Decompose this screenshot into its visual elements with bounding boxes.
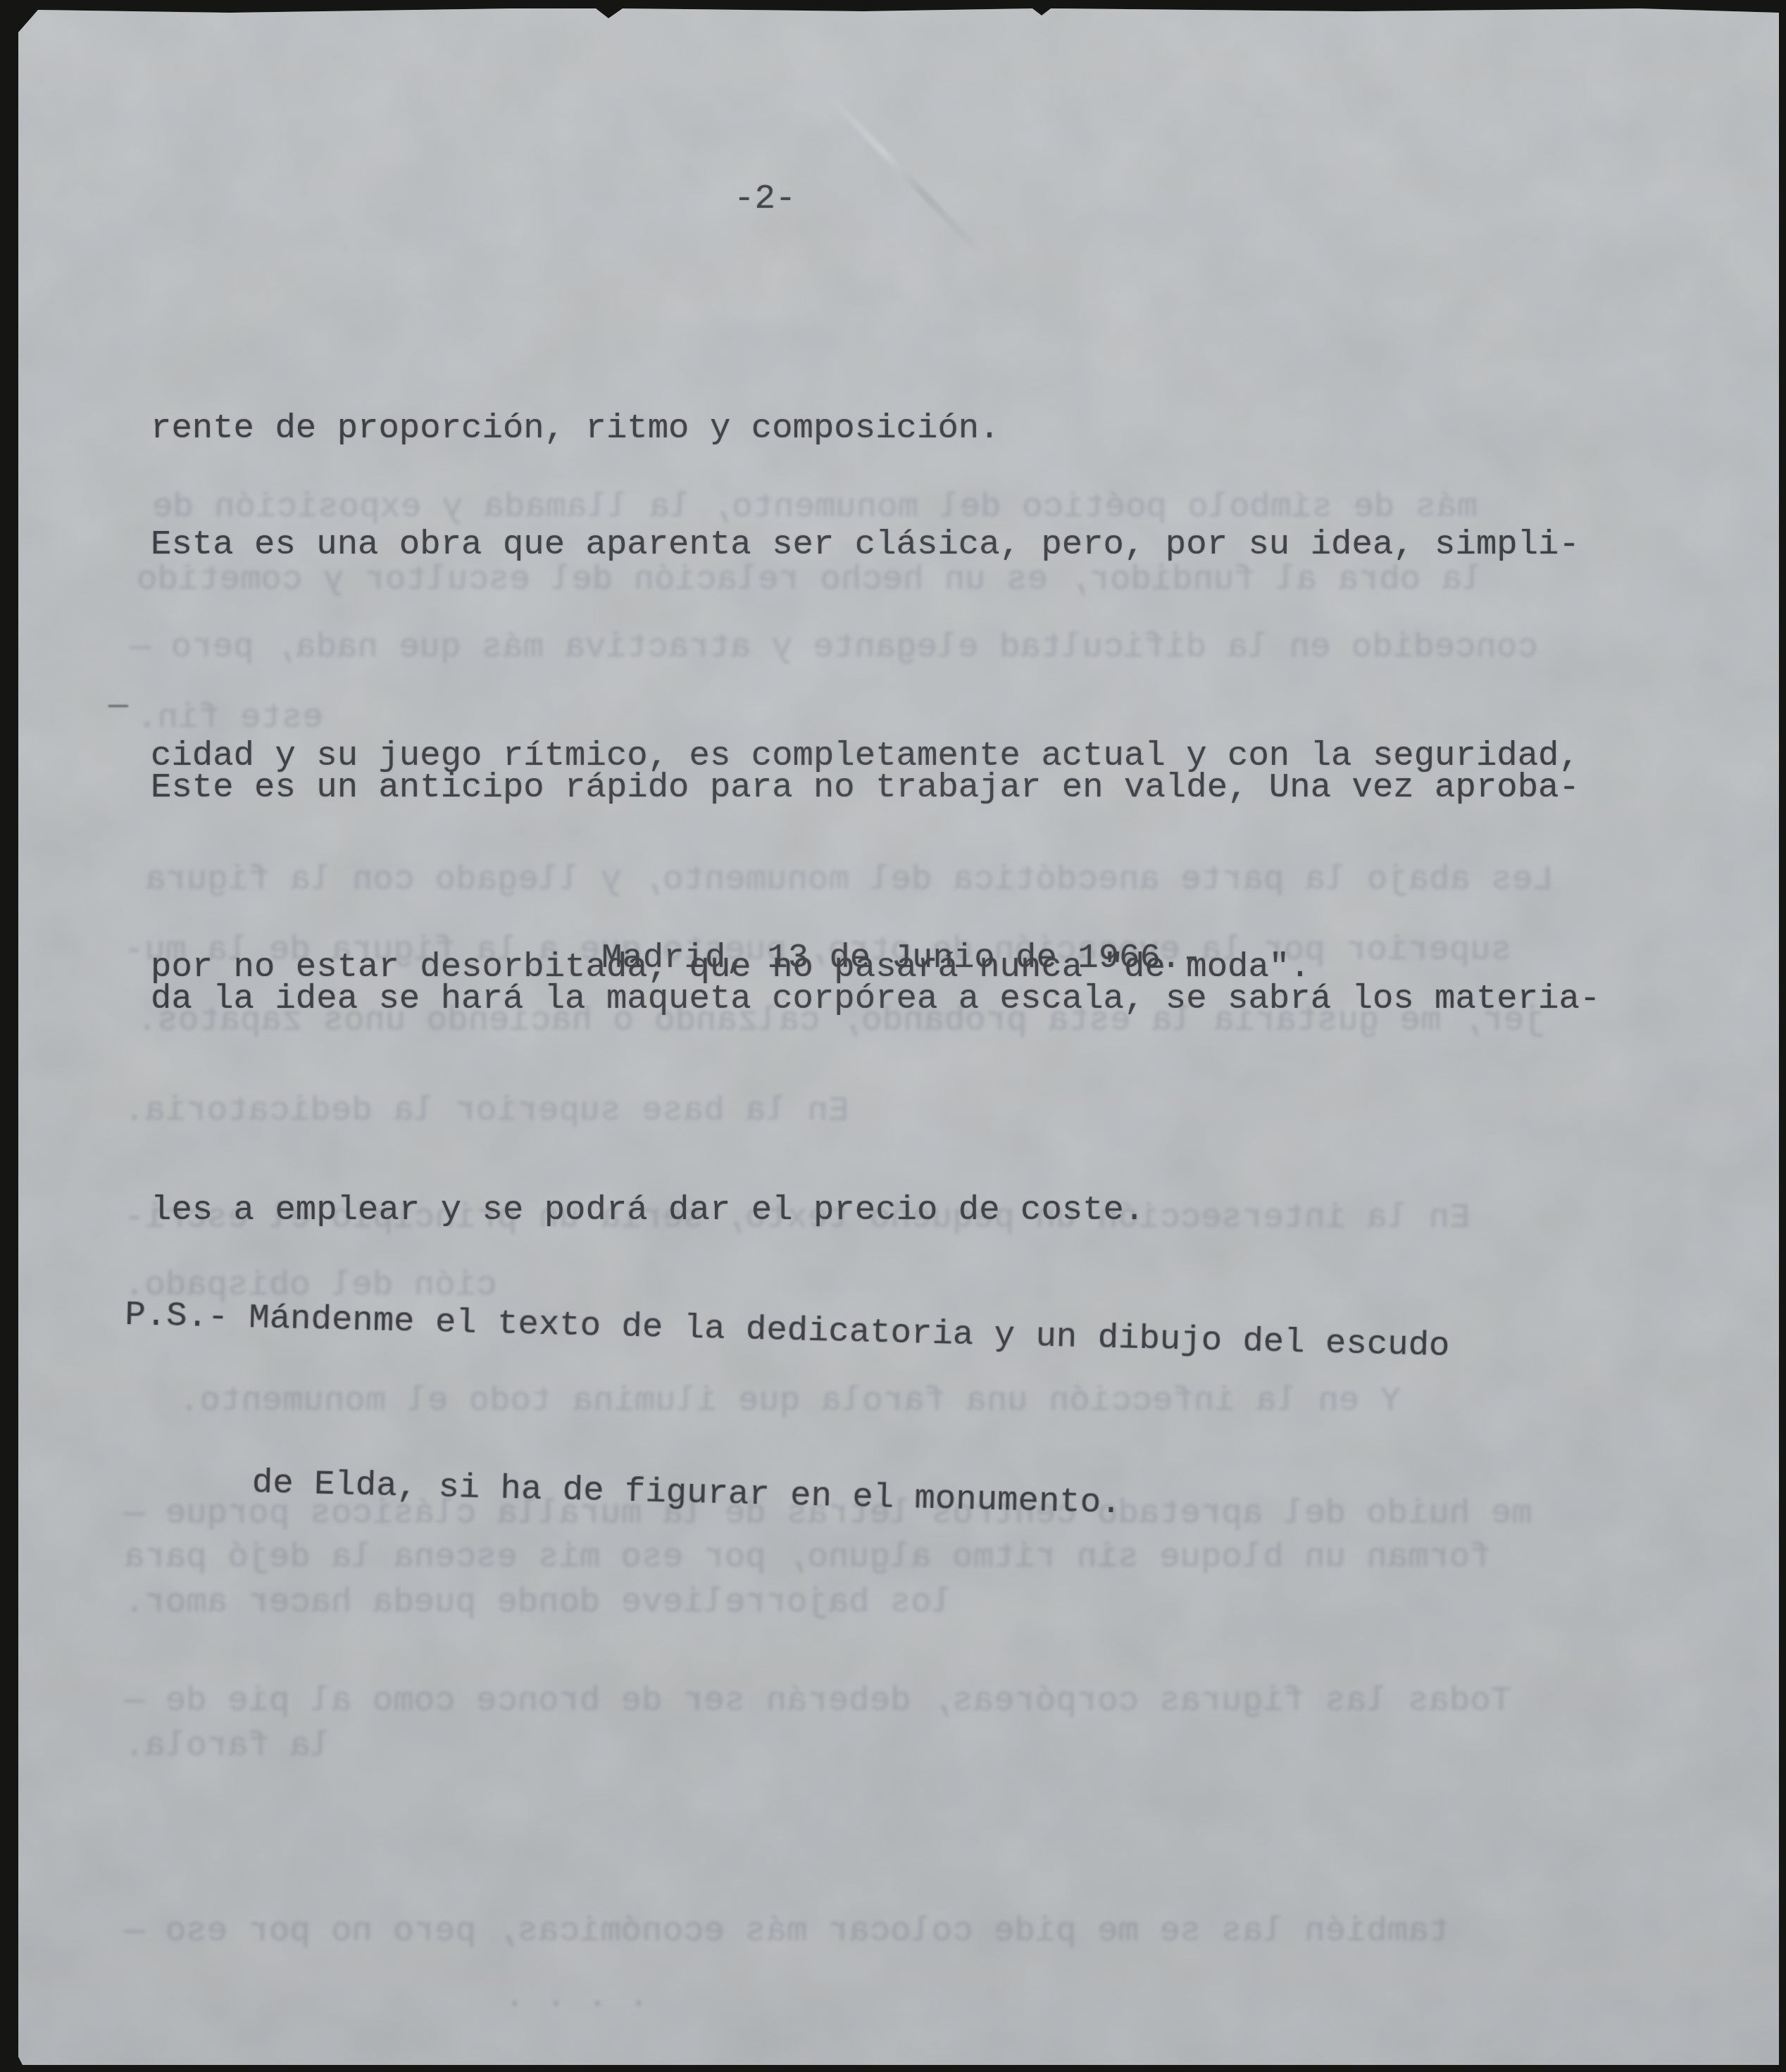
document-page: más de símbolo poético del monumento, la…: [18, 7, 1779, 2065]
scan-background: más de símbolo poético del monumento, la…: [0, 0, 1786, 2072]
typed-line: Esta es una obra que aparenta ser clásic…: [151, 509, 1580, 580]
bleedthrough-line: la farola.: [124, 1727, 331, 1765]
bleedthrough-line: . . . .: [504, 1978, 649, 2016]
bleedthrough-line: también las se me pide colocar más econó…: [124, 1912, 1449, 1950]
typed-line: Este es un anticipo rápido para no traba…: [151, 752, 1600, 823]
paper-crease: [825, 93, 987, 260]
postscript-block: P.S.-Mándenme el texto de la dedicatoria…: [118, 1178, 1453, 1648]
dateline: Madrid, 13 de Junio de 1966.-: [601, 923, 1202, 993]
postscript-text: Mándenme el texto de la dedicatoria y un…: [249, 1298, 1450, 1366]
bleedthrough-line: Todas las figuras corpóreas, deberán ser…: [124, 1682, 1511, 1720]
postscript-line: P.S.-Mándenme el texto de la dedicatoria…: [124, 1287, 1450, 1373]
margin-mark: —: [108, 687, 128, 724]
page-number: -2-: [734, 163, 796, 234]
postscript-line: de Elda, si ha de figurar en el monument…: [251, 1455, 1447, 1538]
postscript-label: P.S.-: [125, 1295, 229, 1337]
